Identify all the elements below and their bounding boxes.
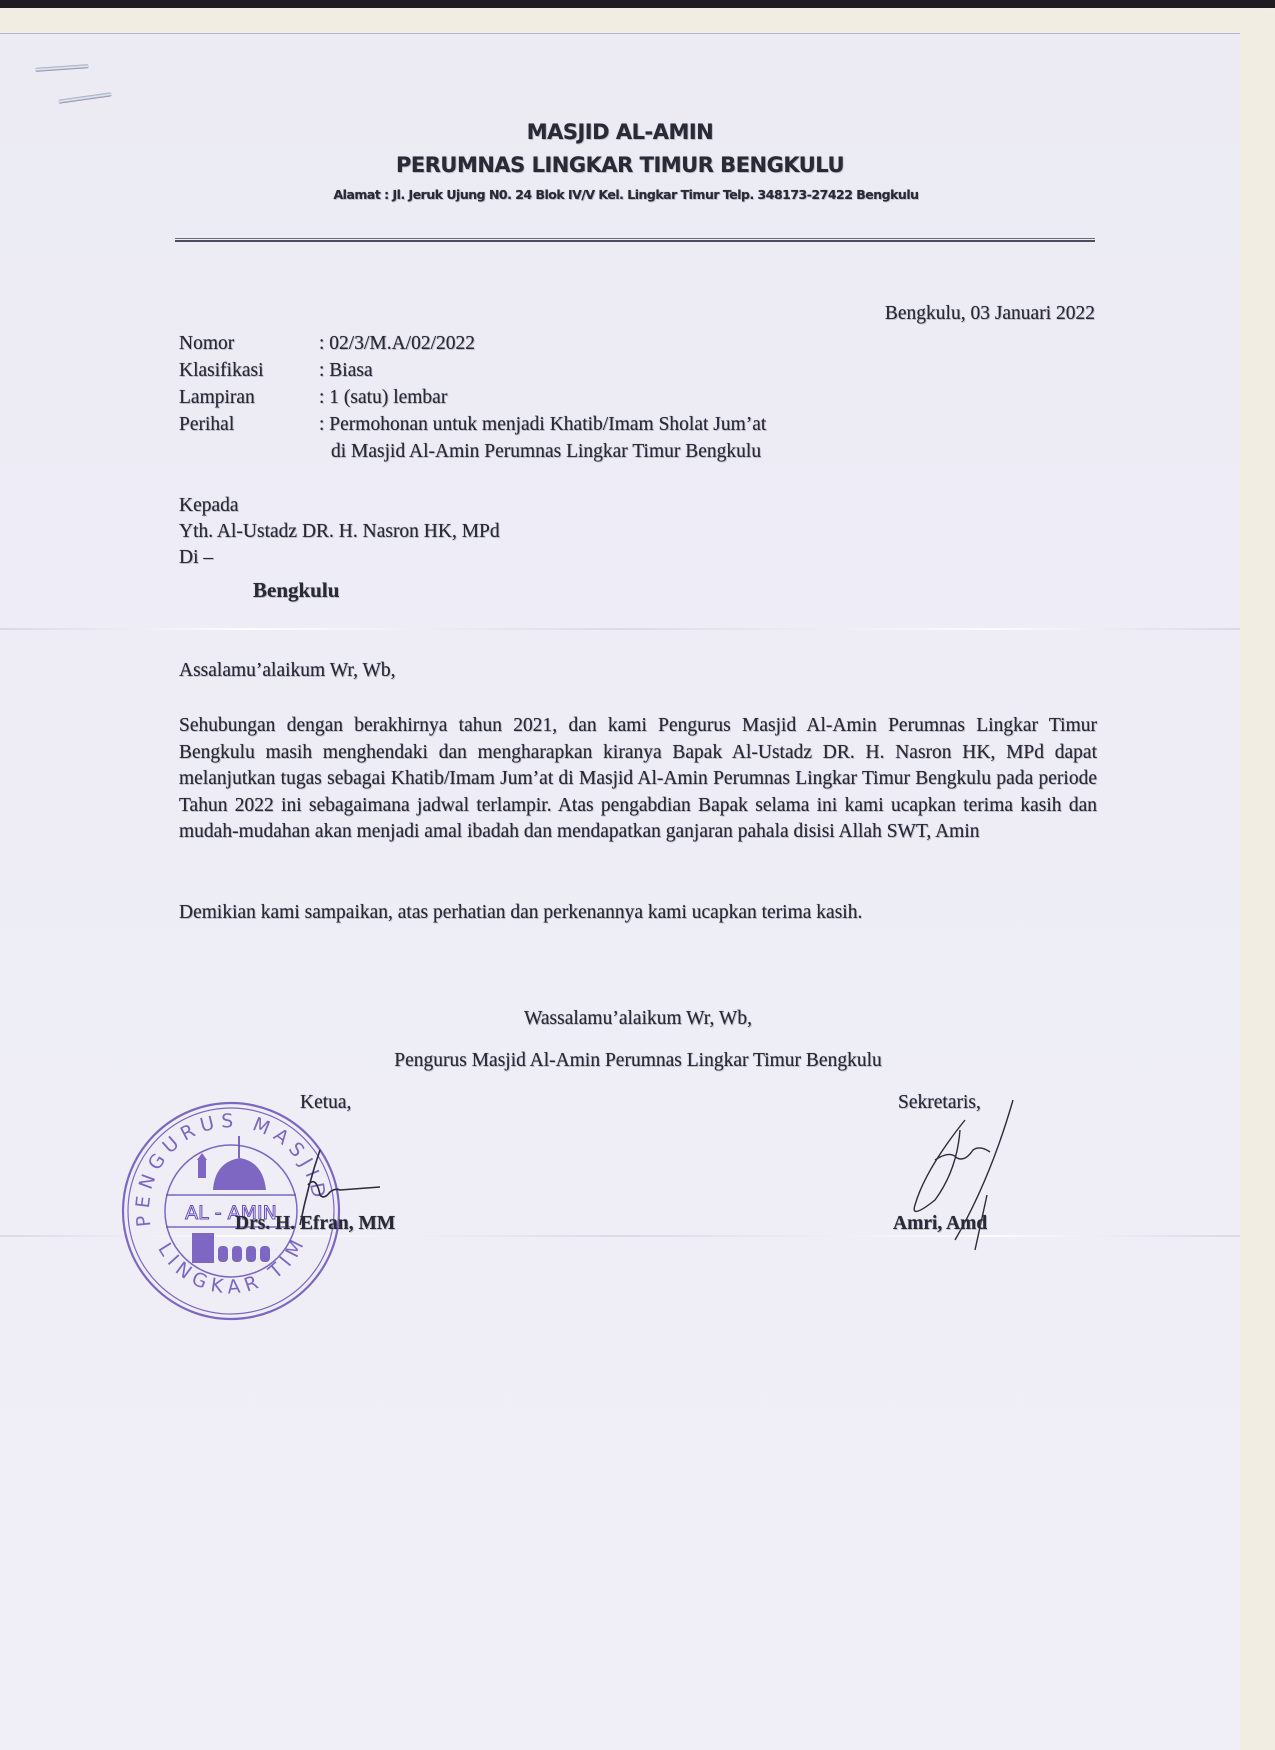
meta-value: : 02/3/M.A/02/2022 (319, 330, 475, 357)
recipient-kepada: Kepada (179, 493, 500, 519)
letterhead-subtitle: PERUMNAS LINGKAR TIMUR BENGKULU (0, 153, 1240, 177)
body-paragraph: Sehubungan dengan berakhirnya tahun 2021… (179, 713, 1097, 846)
meta-lampiran: Lampiran : 1 (satu) lembar (179, 384, 766, 411)
letterhead-title: MASJID AL-AMIN (0, 120, 1240, 144)
letter-meta: Nomor : 02/3/M.A/02/2022 Klasifikasi : B… (179, 330, 766, 465)
letter-date: Bengkulu, 03 Januari 2022 (885, 301, 1095, 327)
meta-value: : Permohonan untuk menjadi Khatib/Imam S… (319, 411, 766, 465)
letterhead-divider (175, 238, 1095, 244)
fold-crease (0, 628, 1240, 630)
meta-label: Perihal (179, 411, 319, 465)
sekretaris-name: Amri, Amd (893, 1211, 987, 1237)
meta-perihal: Perihal : Permohonan untuk menjadi Khati… (179, 411, 766, 465)
meta-value: : 1 (satu) lembar (319, 384, 447, 411)
meta-label: Nomor (179, 330, 319, 357)
recipient-block: Kepada Yth. Al-Ustadz DR. H. Nasron HK, … (179, 493, 500, 603)
meta-label: Lampiran (179, 384, 319, 411)
signoff-organization: Pengurus Masjid Al-Amin Perumnas Lingkar… (0, 1048, 1240, 1074)
recipient-city: Bengkulu (179, 577, 500, 603)
letter-paper (0, 33, 1240, 1750)
perihal-line-2: di Masjid Al-Amin Perumnas Lingkar Timur… (319, 438, 766, 465)
scanner-edge (0, 0, 1275, 8)
greeting: Assalamu’alaikum Wr, Wb, (179, 658, 396, 684)
perihal-line-1: : Permohonan untuk menjadi Khatib/Imam S… (319, 414, 766, 435)
recipient-di: Di – (179, 545, 500, 571)
letterhead-address: Alamat : Jl. Jeruk Ujung N0. 24 Blok IV/… (6, 187, 1246, 202)
signoff-wassalam: Wassalamu’alaikum Wr, Wb, (0, 1006, 1240, 1032)
closing-paragraph: Demikian kami sampaikan, atas perhatian … (179, 900, 862, 926)
ketua-name: Drs. H. Efran, MM (235, 1211, 395, 1237)
recipient-name: Yth. Al-Ustadz DR. H. Nasron HK, MPd (179, 519, 500, 545)
meta-value: : Biasa (319, 357, 373, 384)
meta-label: Klasifikasi (179, 357, 319, 384)
meta-nomor: Nomor : 02/3/M.A/02/2022 (179, 330, 766, 357)
meta-klasifikasi: Klasifikasi : Biasa (179, 357, 766, 384)
